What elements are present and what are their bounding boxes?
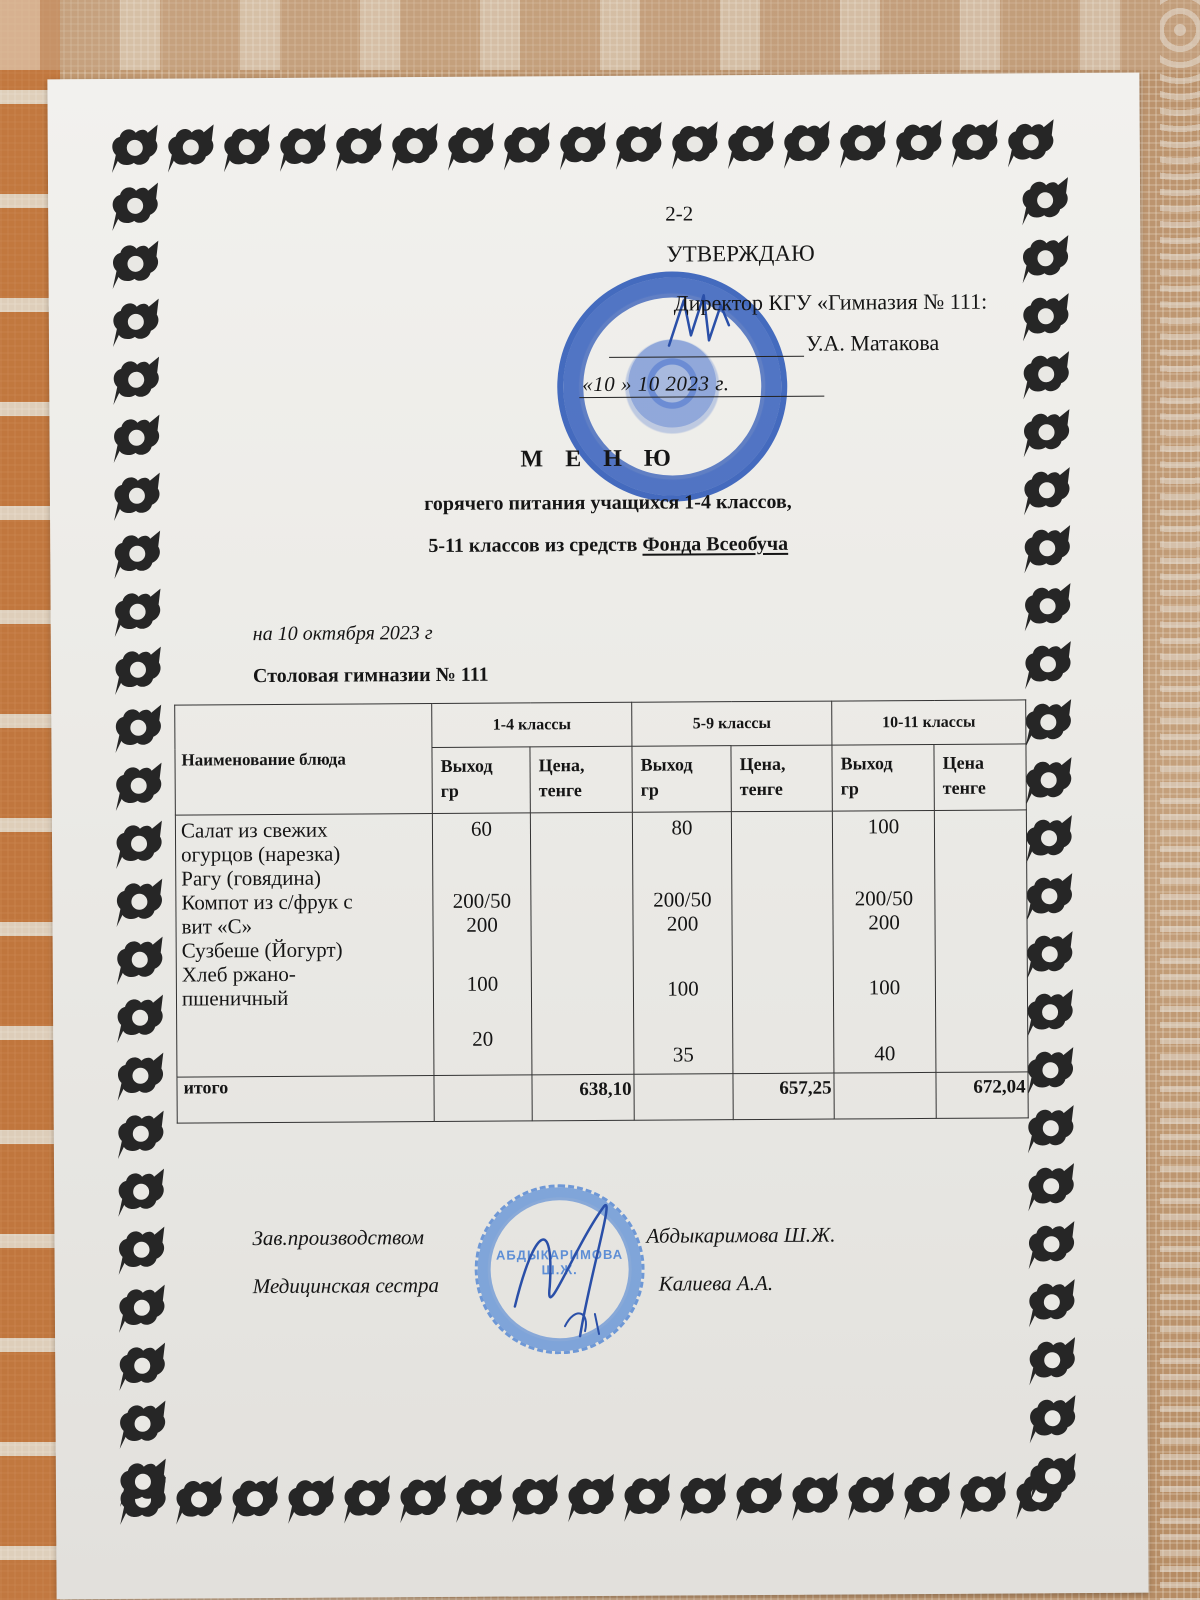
ornament-flower-icon — [1021, 983, 1077, 1041]
production-signature — [494, 1186, 645, 1347]
weight-value: 40 — [834, 1041, 935, 1066]
header-group-5-9: 5-9 классы — [632, 701, 832, 746]
canteen-name: Столовая гимназии № 111 — [253, 664, 489, 688]
total-weight-10-11 — [834, 1072, 936, 1119]
ornament-flower-icon — [1023, 1273, 1079, 1331]
ornament-flower-icon — [1018, 577, 1074, 635]
total-weight-5-9 — [634, 1074, 733, 1121]
date-underline — [579, 396, 824, 398]
ornament-flower-icon — [954, 1465, 1010, 1523]
header-weight-5-9: Выход гр — [632, 746, 731, 813]
ornament-flower-icon — [506, 1468, 562, 1526]
ornament-flower-icon — [110, 757, 166, 815]
ornament-flower-icon — [618, 1468, 674, 1526]
ornament-flower-icon — [110, 873, 166, 931]
weight-value: 35 — [634, 1042, 732, 1067]
production-manager-name: Абдыкаримова Ш.Ж. — [646, 1223, 835, 1249]
ornament-flower-icon — [1019, 635, 1075, 693]
lace-decoration — [1160, 0, 1200, 1600]
ornament-flower-icon — [113, 1395, 169, 1453]
header-weight-10-11: Выход гр — [832, 744, 934, 811]
price-5-9-cell — [731, 811, 834, 1074]
total-price-5-9: 657,25 — [733, 1073, 834, 1120]
page-title: М Е Н Ю — [50, 443, 1142, 477]
ornament-flower-icon — [1022, 1099, 1078, 1157]
header-dish-name: Наименование блюда — [175, 704, 433, 816]
ornament-flower-icon — [890, 114, 946, 172]
document-number: 2-2 — [665, 201, 693, 226]
ornament-flower-icon — [1022, 1157, 1078, 1215]
ornament-flower-icon — [1019, 693, 1075, 751]
ornament-flower-icon — [898, 1466, 954, 1524]
ornament-flower-icon — [113, 1279, 169, 1337]
weight-value: 20 — [434, 1026, 531, 1051]
ornament-flower-icon — [1017, 345, 1073, 403]
weight-value: 200/50 — [633, 887, 731, 912]
ornament-flower-icon — [106, 177, 162, 235]
dish-line: огурцов (нарезка) — [181, 841, 428, 867]
total-price-10-11: 672,04 — [936, 1072, 1028, 1119]
header-price-10-11: Цена тенге — [934, 744, 1026, 811]
dish-names-cell: Салат из свежих огурцов (нарезка) Рагу (… — [175, 814, 434, 1078]
dish-line: Хлеб ржано- — [182, 961, 429, 987]
weight-value: 200 — [433, 912, 530, 937]
ornament-flower-icon — [106, 235, 162, 293]
price-1-4-cell — [530, 812, 634, 1075]
ornament-flower-icon — [1020, 809, 1076, 867]
ornament-flower-icon — [778, 115, 834, 173]
ornament-flower-icon — [562, 1468, 618, 1526]
ornament-flower-icon — [730, 1467, 786, 1525]
ornament-flower-icon — [554, 116, 610, 174]
ornament-flower-icon — [112, 1221, 168, 1279]
ornament-flower-icon — [842, 1466, 898, 1524]
total-price-1-4: 638,10 — [532, 1074, 634, 1121]
weights-10-11-cell: 100 200/50 200 100 40 — [832, 810, 936, 1073]
ornament-flower-icon — [1020, 867, 1076, 925]
total-weight-1-4 — [434, 1075, 532, 1122]
approval-label: УТВЕРЖДАЮ — [666, 241, 814, 268]
subtitle-line-1: горячего питания учащихся 1-4 классов, — [50, 489, 1142, 519]
ornament-flower-icon — [1016, 171, 1072, 229]
ornament-flower-icon — [386, 117, 442, 175]
ornament-flower-icon — [1017, 287, 1073, 345]
weights-5-9-cell: 80 200/50 200 100 35 — [632, 812, 733, 1075]
ornament-flower-icon — [112, 1163, 168, 1221]
dish-line: вит «С» — [181, 913, 428, 939]
ornament-flower-icon — [1023, 1331, 1079, 1389]
ornament-flower-icon — [666, 115, 722, 173]
nurse-role: Медицинская сестра — [253, 1273, 439, 1299]
ornament-flower-icon — [112, 1105, 168, 1163]
weight-value: 200/50 — [833, 886, 934, 911]
menu-document: 2-2 УТВЕРЖДАЮ Директор КГУ «Гимназия № 1… — [47, 73, 1148, 1600]
ornament-flower-icon — [107, 293, 163, 351]
ornament-flower-icon — [106, 119, 162, 177]
ornament-flower-icon — [109, 699, 165, 757]
director-name: У.А. Матакова — [806, 330, 939, 357]
ornament-flower-icon — [114, 1453, 170, 1511]
ornament-border-left — [106, 177, 170, 1511]
ornament-flower-icon — [834, 114, 890, 172]
table-row-dishes: Салат из свежих огурцов (нарезка) Рагу (… — [175, 810, 1028, 1077]
ornament-border-top — [106, 113, 1058, 177]
ornament-flower-icon — [1021, 1041, 1077, 1099]
menu-table: Наименование блюда 1-4 классы 5-9 классы… — [174, 699, 1029, 1123]
ornament-flower-icon — [218, 118, 274, 176]
header-price-1-4: Цена, тенге — [530, 746, 632, 813]
dish-line: Сузбеше (Йогурт) — [182, 937, 429, 963]
weights-1-4-cell: 60 200/50 200 100 20 — [432, 813, 532, 1076]
weight-value: 200/50 — [433, 888, 530, 913]
ornament-flower-icon — [113, 1337, 169, 1395]
production-manager-role: Зав.производством — [252, 1225, 424, 1251]
ornament-flower-icon — [442, 117, 498, 175]
ornament-flower-icon — [282, 1470, 338, 1528]
weight-value: 200 — [833, 910, 934, 935]
price-10-11-cell — [934, 810, 1028, 1073]
weight-value: 100 — [834, 975, 935, 1000]
dish-line: пшеничный — [182, 985, 429, 1011]
approval-date: «10 » 10 2023 г. — [582, 371, 729, 397]
nurse-name: Калиева А.А. — [659, 1271, 773, 1297]
ornament-flower-icon — [1019, 751, 1075, 809]
signature-line — [609, 356, 804, 358]
header-weight-1-4: Выход гр — [432, 747, 530, 814]
weight-value: 60 — [433, 816, 530, 841]
ornament-flower-icon — [1016, 229, 1072, 287]
ornament-flower-icon — [722, 115, 778, 173]
weight-value: 100 — [833, 814, 934, 839]
ornament-flower-icon — [111, 989, 167, 1047]
ornament-flower-icon — [162, 118, 218, 176]
dish-line: Рагу (говядина) — [181, 865, 428, 891]
table-row-total: итого 638,10 657,25 672,04 — [177, 1072, 1028, 1123]
ornament-flower-icon — [1024, 1447, 1080, 1505]
ornament-flower-icon — [338, 1469, 394, 1527]
ornament-flower-icon — [394, 1469, 450, 1527]
ornament-border-bottom — [114, 1465, 1066, 1529]
production-stamp-label: АБДЫКАРИМОВА Ш.Ж. — [478, 1247, 642, 1278]
ornament-flower-icon — [1023, 1389, 1079, 1447]
subtitle-prefix: 5-11 классов из средств — [428, 534, 642, 557]
subtitle-line-2: 5-11 классов из средств Фонда Всеобуча — [50, 531, 1142, 561]
fund-name: Фонда Всеобуча — [642, 533, 788, 556]
ornament-flower-icon — [610, 116, 666, 174]
ornament-flower-icon — [111, 931, 167, 989]
ornament-flower-icon — [330, 117, 386, 175]
header-group-1-4: 1-4 классы — [432, 702, 632, 747]
ornament-flower-icon — [109, 641, 165, 699]
ornament-flower-icon — [274, 118, 330, 176]
ornament-flower-icon — [946, 114, 1002, 172]
ornament-flower-icon — [1021, 925, 1077, 983]
weight-value: 100 — [634, 976, 732, 1001]
ornament-flower-icon — [108, 583, 164, 641]
ornament-flower-icon — [450, 1469, 506, 1527]
ornament-flower-icon — [498, 116, 554, 174]
ornament-flower-icon — [110, 815, 166, 873]
ornament-flower-icon — [170, 1470, 226, 1528]
ornament-flower-icon — [226, 1470, 282, 1528]
dish-line: Салат из свежих — [181, 817, 428, 843]
ornament-flower-icon — [786, 1467, 842, 1525]
production-stamp: АБДЫКАРИМОВА Ш.Ж. — [474, 1184, 645, 1355]
total-label: итого — [177, 1076, 434, 1124]
header-price-5-9: Цена, тенге — [731, 745, 832, 812]
director-position: Директор КГУ «Гимназия № 111: — [674, 289, 988, 317]
ornament-flower-icon — [1022, 1215, 1078, 1273]
ornament-flower-icon — [107, 351, 163, 409]
ornament-flower-icon — [111, 1047, 167, 1105]
dish-line: Компот из с/фрук с — [181, 889, 428, 915]
menu-date: на 10 октября 2023 г — [253, 622, 433, 646]
header-group-10-11: 10-11 классы — [832, 700, 1026, 745]
weight-value: 80 — [633, 815, 731, 840]
weight-value: 100 — [434, 971, 531, 996]
ornament-flower-icon — [1002, 113, 1058, 171]
ornament-flower-icon — [674, 1467, 730, 1525]
weight-value: 200 — [633, 911, 731, 936]
